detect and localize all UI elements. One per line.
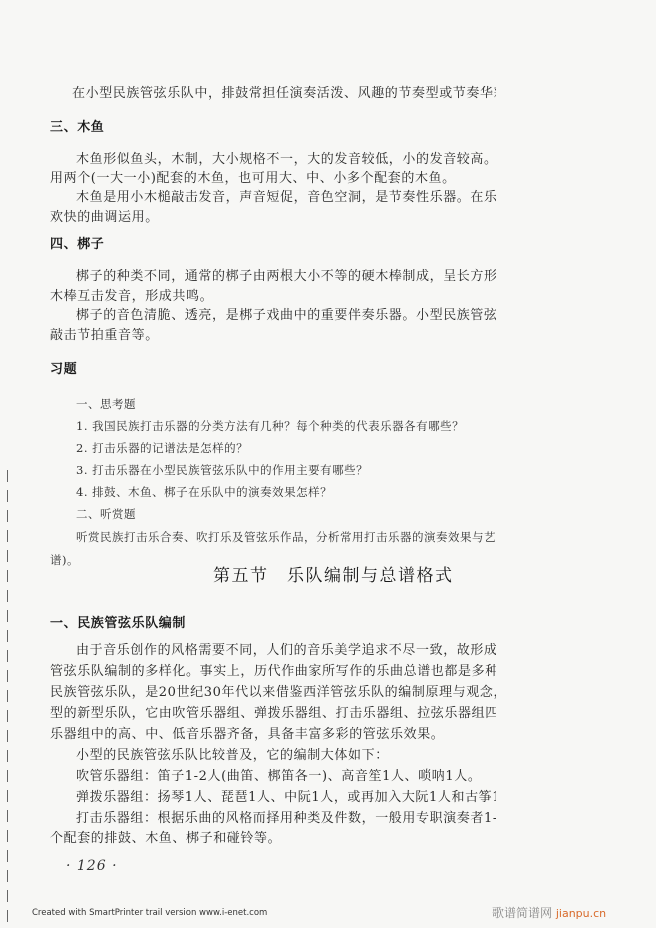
percussion-group-line1: 打击乐器组：根据乐曲的风格而择用种类及件数，一般用专职演奏者1-2人，可使用一 xyxy=(76,811,496,827)
heading-bangzi: 四、梆子 xyxy=(50,237,104,253)
percussion-group-line2: 个配套的排鼓、木鱼、梆子和碰铃等。 xyxy=(50,831,281,847)
section-title: 第五节 乐队编制与总谱格式 xyxy=(213,566,454,586)
paragraph-bangzi-2-line2: 敲击节拍重音等。 xyxy=(50,328,159,344)
section5-paragraph1-line2: 管弦乐队编制的多样化。事实上，历代作曲家所写作的乐曲总谱也都是多种多样的。目前常… xyxy=(50,664,496,680)
section5-paragraph1-line4: 型的新型乐队，它由吹管乐器组、弹拨乐器组、打击乐器组、拉弦乐器组四个乐器组组成，… xyxy=(50,706,496,722)
exercise-part2-label: 二、听赏题 xyxy=(76,506,136,522)
paragraph-bangzi-2-line1: 梆子的音色清脆、透亮，是梆子戏曲中的重要伴奏乐器。小型民族管弦乐队中也常用之，多 xyxy=(76,308,496,324)
text-column: 在小型民族管弦乐队中，排鼓常担任演奏活泼、风趣的节奏型或节奏华彩等。 三、木鱼 … xyxy=(0,0,496,928)
exercise-question-1: 1. 我国民族打击乐器的分类方法有几种？每个种类的代表乐器各有哪些？ xyxy=(76,418,464,434)
paragraph-paigu-summary: 在小型民族管弦乐队中，排鼓常担任演奏活泼、风趣的节奏型或节奏华彩等。 xyxy=(72,86,496,102)
paragraph-bangzi-1-line1: 梆子的种类不同，通常的梆子由两根大小不等的硬木棒制成，呈长方形，无固定音高，靠两… xyxy=(76,269,496,285)
winds-group-line: 吹管乐器组：笛子1-2人(曲笛、梆笛各一)、高音笙1人、唢呐1人。 xyxy=(76,769,481,785)
heading-orchestra-composition: 一、民族管弦乐队编制 xyxy=(50,616,186,632)
smartprinter-watermark: Created with SmartPrinter trail version … xyxy=(32,908,267,918)
jianpu-watermark-brand: jianpu.cn xyxy=(556,907,606,920)
exercise-question-2: 2. 打击乐器的记谱法是怎样的？ xyxy=(76,440,248,456)
section5-paragraph1-line1: 由于音乐创作的风格需要不同，人们的音乐美学追求不尽一致，故形成了音乐生活中的民族 xyxy=(76,643,496,659)
document-page: 在小型民族管弦乐队中，排鼓常担任演奏活泼、风趣的节奏型或节奏华彩等。 三、木鱼 … xyxy=(0,0,656,928)
exercise-part1-label: 一、思考题 xyxy=(76,396,136,412)
jianpu-watermark: 歌谱简谱网 jianpu.cn xyxy=(492,904,606,921)
listening-task-line2: 谱)。 xyxy=(50,552,79,568)
exercise-question-3: 3. 打击乐器在小型民族管弦乐队中的作用主要有哪些？ xyxy=(76,462,368,478)
section5-paragraph2: 小型的民族管弦乐队比较普及，它的编制大体如下： xyxy=(76,748,389,764)
jianpu-watermark-cn: 歌谱简谱网 xyxy=(492,906,552,920)
exercise-question-4: 4. 排鼓、木鱼、梆子在乐队中的演奏效果怎样？ xyxy=(76,484,332,500)
plucked-strings-group-line: 弹拨乐器组：扬琴1人、琵琶1人、中阮1人，或再加入大阮1人和古筝1人。 xyxy=(76,790,496,806)
listening-task-line1: 听赏民族打击乐合奏、吹打乐及管弦乐作品，分析常用打击乐器的演奏效果与艺术表现特点… xyxy=(76,529,496,545)
paragraph-muyu-1-line2: 用两个(一大一小)配套的木鱼，也可用大、中、小多个配套的木鱼。 xyxy=(50,171,456,187)
paragraph-bangzi-1-line2: 木棒互击发音，形成共鸣。 xyxy=(50,289,213,305)
section5-paragraph1-line3: 民族管弦乐队，是20世纪30年代以来借鉴西洋管弦乐队的编制原理与观念，迅速发展且… xyxy=(50,685,496,701)
section5-paragraph1-line5: 乐器组中的高、中、低音乐器齐备，具备丰富多彩的管弦乐效果。 xyxy=(50,727,444,743)
paragraph-muyu-2-line2: 欢快的曲调运用。 xyxy=(50,210,159,226)
page-number: · 126 · xyxy=(66,858,118,874)
paragraph-muyu-2-line1: 木鱼是用小木槌敲击发音，声音短促，音色空洞，是节奏性乐器。在乐队中，它常配合活泼… xyxy=(76,190,496,206)
heading-exercises: 习题 xyxy=(50,362,77,378)
heading-muyu: 三、木鱼 xyxy=(50,120,104,136)
paragraph-muyu-1-line1: 木鱼形似鱼头，木制，大小规格不一，大的发音较低，小的发音较高。小型民族管弦乐队中… xyxy=(76,152,496,168)
